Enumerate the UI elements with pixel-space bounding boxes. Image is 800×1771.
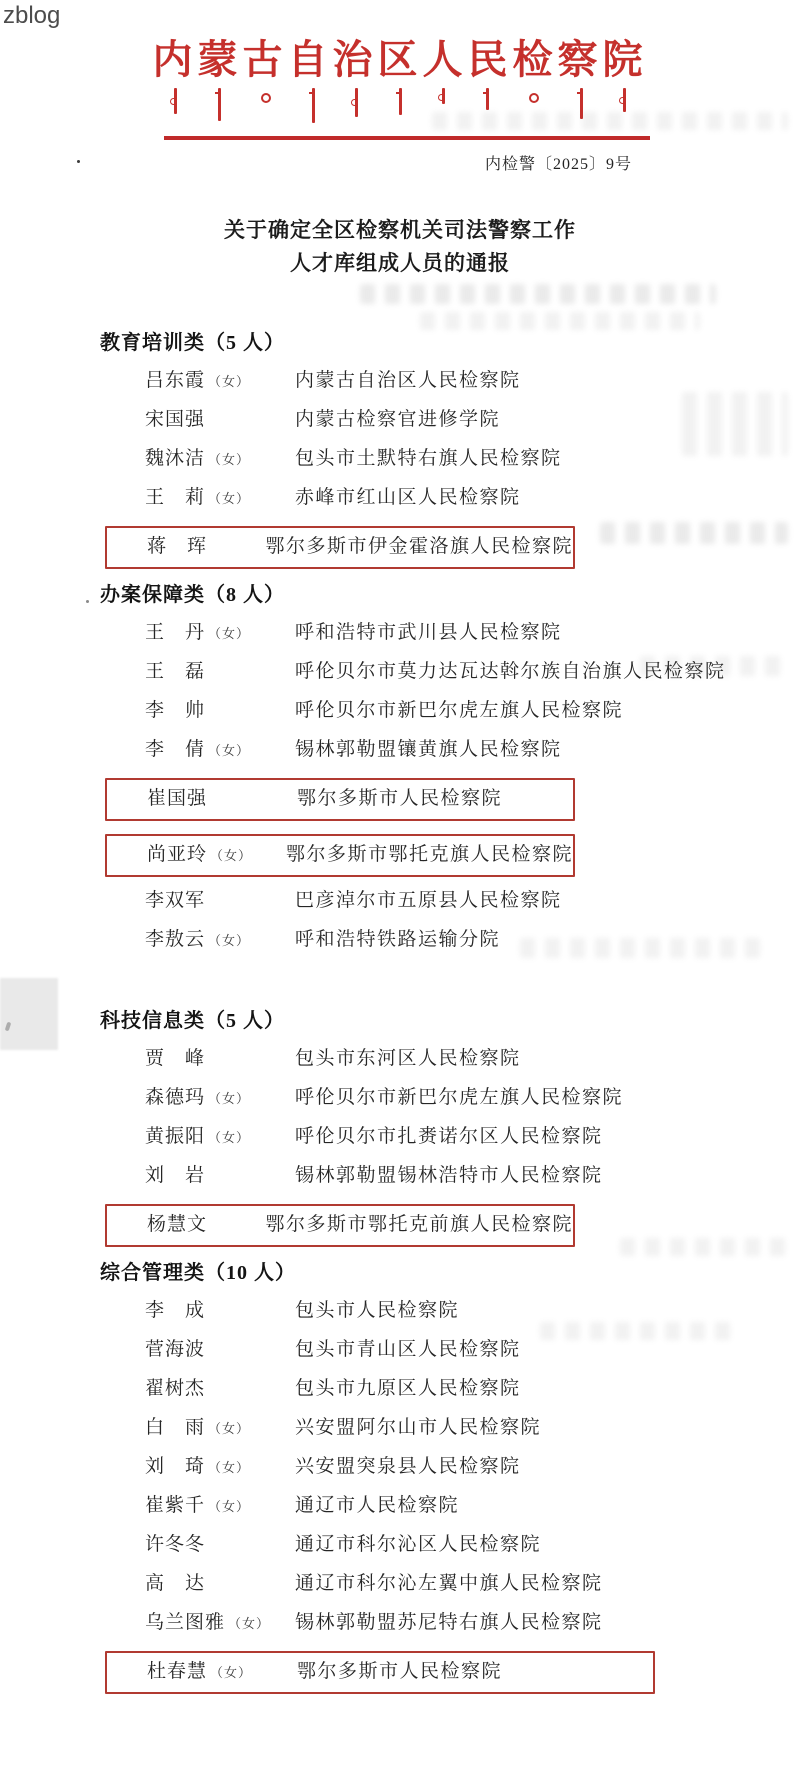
person-organization: 呼伦贝尔市新巴尔虎左旗人民检察院 [295,1087,623,1109]
gender-marker [205,1577,208,1592]
personnel-row: 王 丹（女） 呼和浩特市武川县人民检察院 [145,622,800,645]
section-heading: 综合管理类（10 人） [100,1260,800,1286]
person-organization: 呼伦贝尔市莫力达瓦达斡尔族自治旗人民检察院 [295,661,726,683]
person-name: 魏沐洁 [145,448,205,469]
person-name: 高 达 [145,1573,205,1594]
personnel-list: 教育培训类（5 人） 吕东霞（女） 内蒙古自治区人民检察院 宋国强 内蒙古检察官… [0,330,800,1694]
mongolian-glyph [312,88,315,123]
name-cell: 李 帅 [145,700,295,723]
person-name: 森德玛 [145,1087,205,1108]
gender-marker: （女） [205,1499,250,1514]
name-cell: 蒋 珲 [147,536,265,559]
name-cell: 李敖云（女） [145,929,295,952]
category-section: 教育培训类（5 人） 吕东霞（女） 内蒙古自治区人民检察院 宋国强 内蒙古检察官… [100,330,800,569]
bleed-through-artifact [420,312,700,330]
personnel-row-highlighted: 蒋 珲 鄂尔多斯市伊金霍洛旗人民检察院 [105,526,575,569]
person-name: 翟树杰 [145,1378,205,1399]
section-heading: 科技信息类（5 人） [100,1008,800,1034]
person-name: 宋国强 [145,409,205,430]
document-title-line1: 关于确定全区检察机关司法警察工作 [224,218,576,242]
person-name: 李 倩 [145,739,205,760]
personnel-row: 白 雨（女） 兴安盟阿尔山市人民检察院 [145,1417,800,1440]
personnel-row: 刘 琦（女） 兴安盟突泉县人民检察院 [145,1456,800,1479]
gender-marker: （女） [207,848,252,863]
mongolian-glyph [580,88,583,119]
person-name: 菅海波 [145,1339,205,1360]
name-cell: 杜春慧（女） [147,1661,297,1684]
section-heading: 办案保障类（8 人） [100,582,800,608]
person-organization: 鄂尔多斯市人民检察院 [297,1661,502,1683]
personnel-row: 李敖云（女） 呼和浩特铁路运输分院 [145,929,800,952]
person-name: 崔紫千 [145,1495,205,1516]
person-organization: 赤峰市红山区人民检察院 [295,487,521,509]
gender-marker: （女） [205,626,250,641]
gender-marker [205,704,208,719]
gender-marker: （女） [207,1665,252,1680]
gender-marker: （女） [225,1616,270,1631]
gender-marker [207,1218,210,1233]
name-cell: 魏沐洁（女） [145,448,295,471]
name-cell: 宋国强 [145,409,295,432]
personnel-row: 乌兰图雅（女） 锡林郭勒盟苏尼特右旗人民检察院 [145,1612,800,1635]
category-section: 办案保障类（8 人） 王 丹（女） 呼和浩特市武川县人民检察院 王 磊 呼伦贝尔… [100,582,800,952]
person-name: 刘 琦 [145,1456,205,1477]
person-name: 李 帅 [145,700,205,721]
section-rows: 李 成 包头市人民检察院 菅海波 包头市青山区人民检察院 翟树杰 包头市九原区人… [100,1300,800,1694]
personnel-row: 王 磊 呼伦贝尔市莫力达瓦达斡尔族自治旗人民检察院 [145,661,800,684]
gender-marker: （女） [205,1130,250,1145]
personnel-row-highlighted: 杜春慧（女） 鄂尔多斯市人民检察院 [105,1651,655,1694]
person-organization: 包头市青山区人民检察院 [295,1339,521,1361]
personnel-row: 李双军 巴彦淖尔市五原县人民检察院 [145,890,800,913]
gender-marker [205,1169,208,1184]
personnel-row: 翟树杰 包头市九原区人民检察院 [145,1378,800,1401]
person-organization: 鄂尔多斯市鄂托克前旗人民检察院 [265,1214,573,1236]
personnel-row: 魏沐洁（女） 包头市土默特右旗人民检察院 [145,448,800,471]
person-organization: 包头市土默特右旗人民检察院 [295,448,562,470]
name-cell: 王 丹（女） [145,622,295,645]
person-name: 李 成 [145,1300,205,1321]
name-cell: 李双军 [145,890,295,913]
name-cell: 王 莉（女） [145,487,295,510]
person-organization: 兴安盟突泉县人民检察院 [295,1456,521,1478]
person-name: 王 莉 [145,487,205,508]
person-organization: 包头市东河区人民检察院 [295,1048,521,1070]
personnel-row: 黄振阳（女） 呼伦贝尔市扎赉诺尔区人民检察院 [145,1126,800,1149]
person-name: 乌兰图雅 [145,1612,225,1633]
person-organization: 兴安盟阿尔山市人民检察院 [295,1417,541,1439]
personnel-row: 宋国强 内蒙古检察官进修学院 [145,409,800,432]
gender-marker [205,1538,208,1553]
person-name: 李敖云 [145,929,205,950]
personnel-row: 王 莉（女） 赤峰市红山区人民检察院 [145,487,800,510]
gender-marker [205,894,208,909]
person-name: 杜春慧 [147,1661,207,1682]
letterhead-divider [164,136,650,140]
person-name: 蒋 珲 [147,536,207,557]
person-organization: 内蒙古自治区人民检察院 [295,370,521,392]
gender-marker: （女） [205,452,250,467]
gender-marker: （女） [205,491,250,506]
mongolian-glyph [486,88,489,110]
name-cell: 乌兰图雅（女） [145,1612,295,1635]
name-cell: 崔国强 [147,788,297,811]
personnel-row: 高 达 通辽市科尔沁左翼中旗人民检察院 [145,1573,800,1596]
mongolian-glyph [442,88,445,104]
mongolian-glyph [529,93,539,103]
personnel-row: 森德玛（女） 呼伦贝尔市新巴尔虎左旗人民检察院 [145,1087,800,1110]
document-title-line2: 人才库组成人员的通报 [290,251,510,275]
mongolian-glyph [174,88,177,114]
name-cell: 白 雨（女） [145,1417,295,1440]
person-name: 刘 岩 [145,1165,205,1186]
gender-marker: （女） [205,1091,250,1106]
name-cell: 崔紫千（女） [145,1495,295,1518]
mongolian-glyph [399,88,402,115]
person-organization: 内蒙古检察官进修学院 [295,409,500,431]
person-organization: 锡林郭勒盟苏尼特右旗人民检察院 [295,1612,603,1634]
gender-marker [205,1343,208,1358]
personnel-row: 刘 岩 锡林郭勒盟锡林浩特市人民检察院 [145,1165,800,1188]
gender-marker: （女） [205,374,250,389]
section-rows: 贾 峰 包头市东河区人民检察院 森德玛（女） 呼伦贝尔市新巴尔虎左旗人民检察院 … [100,1048,800,1247]
section-rows: 吕东霞（女） 内蒙古自治区人民检察院 宋国强 内蒙古检察官进修学院 魏沐洁（女）… [100,370,800,569]
person-organization: 锡林郭勒盟锡林浩特市人民检察院 [295,1165,603,1187]
person-organization: 鄂尔多斯市伊金霍洛旗人民检察院 [265,536,573,558]
section-heading: 教育培训类（5 人） [100,330,800,356]
person-organization: 呼和浩特铁路运输分院 [295,929,500,951]
personnel-row-highlighted: 杨慧文 鄂尔多斯市鄂托克前旗人民检察院 [105,1204,575,1247]
person-name: 杨慧文 [147,1214,207,1235]
person-name: 李双军 [145,890,205,911]
document-title: 关于确定全区检察机关司法警察工作 人才库组成人员的通报 [0,214,800,280]
gender-marker [205,1304,208,1319]
person-organization: 鄂尔多斯市鄂托克旗人民检察院 [286,844,573,866]
mongolian-glyph [623,88,626,112]
letterhead-org-name: 内蒙古自治区人民检察院 [0,36,800,84]
person-name: 吕东霞 [145,370,205,391]
personnel-row: 崔紫千（女） 通辽市人民检察院 [145,1495,800,1518]
name-cell: 王 磊 [145,661,295,684]
name-cell: 高 达 [145,1573,295,1596]
gender-marker [205,665,208,680]
person-organization: 呼伦贝尔市扎赉诺尔区人民检察院 [295,1126,603,1148]
document-number: 内检警〔2025〕9号 [0,154,800,176]
name-cell: 李 成 [145,1300,295,1323]
person-organization: 呼和浩特市武川县人民检察院 [295,622,562,644]
person-organization: 包头市人民检察院 [295,1300,459,1322]
name-cell: 李 倩（女） [145,739,295,762]
personnel-row: 贾 峰 包头市东河区人民检察院 [145,1048,800,1071]
person-organization: 呼伦贝尔市新巴尔虎左旗人民检察院 [295,700,623,722]
name-cell: 杨慧文 [147,1214,265,1237]
person-organization: 巴彦淖尔市五原县人民检察院 [295,890,562,912]
site-logo[interactable]: zblog [3,2,60,30]
name-cell: 刘 岩 [145,1165,295,1188]
name-cell: 贾 峰 [145,1048,295,1071]
gender-marker: （女） [205,743,250,758]
name-cell: 尚亚玲（女） [147,844,286,867]
gender-marker: （女） [205,933,250,948]
person-name: 许冬冬 [145,1534,205,1555]
person-organization: 通辽市科尔沁左翼中旗人民检察院 [295,1573,603,1595]
person-organization: 通辽市人民检察院 [295,1495,459,1517]
gender-marker [207,792,210,807]
personnel-row: 李 成 包头市人民检察院 [145,1300,800,1323]
personnel-row: 许冬冬 通辽市科尔沁区人民检察院 [145,1534,800,1557]
mongolian-script-icon [174,86,626,126]
person-organization: 包头市九原区人民检察院 [295,1378,521,1400]
person-name: 王 磊 [145,661,205,682]
mongolian-glyph [218,88,221,121]
name-cell: 吕东霞（女） [145,370,295,393]
scanned-document-page: zblog 内蒙古自治区人民检察院 内检警〔2025〕9号 关于确定全区检察机关… [0,0,800,1771]
person-name: 崔国强 [147,788,207,809]
category-section: 综合管理类（10 人） 李 成 包头市人民检察院 菅海波 包头市青山区人民检察院… [100,1260,800,1694]
section-rows: 王 丹（女） 呼和浩特市武川县人民检察院 王 磊 呼伦贝尔市莫力达瓦达斡尔族自治… [100,622,800,952]
gender-marker: （女） [205,1460,250,1475]
person-name: 黄振阳 [145,1126,205,1147]
gender-marker [205,413,208,428]
name-cell: 黄振阳（女） [145,1126,295,1149]
personnel-row-highlighted: 崔国强 鄂尔多斯市人民检察院 [105,778,575,821]
gender-marker [207,540,210,555]
gender-marker [205,1382,208,1397]
name-cell: 许冬冬 [145,1534,295,1557]
mongolian-glyph [261,93,271,103]
person-name: 王 丹 [145,622,205,643]
personnel-row: 吕东霞（女） 内蒙古自治区人民检察院 [145,370,800,393]
person-name: 尚亚玲 [147,844,207,865]
bleed-through-artifact [360,284,716,304]
name-cell: 森德玛（女） [145,1087,295,1110]
name-cell: 菅海波 [145,1339,295,1362]
personnel-row-highlighted: 尚亚玲（女） 鄂尔多斯市鄂托克旗人民检察院 [105,834,575,877]
gender-marker: （女） [205,1421,250,1436]
person-organization: 通辽市科尔沁区人民检察院 [295,1534,541,1556]
person-name: 白 雨 [145,1417,205,1438]
person-organization: 鄂尔多斯市人民检察院 [297,788,502,810]
name-cell: 刘 琦（女） [145,1456,295,1479]
personnel-row: 李 倩（女） 锡林郭勒盟镶黄旗人民检察院 [145,739,800,762]
gender-marker [205,1052,208,1067]
name-cell: 翟树杰 [145,1378,295,1401]
mongolian-glyph [355,88,358,117]
person-name: 贾 峰 [145,1048,205,1069]
person-organization: 锡林郭勒盟镶黄旗人民检察院 [295,739,562,761]
letterhead: 内蒙古自治区人民检察院 内检警〔2025〕9号 [0,0,800,176]
personnel-row: 菅海波 包头市青山区人民检察院 [145,1339,800,1362]
category-section: 科技信息类（5 人） 贾 峰 包头市东河区人民检察院 森德玛（女） 呼伦贝尔市新… [100,1008,800,1247]
personnel-row: 李 帅 呼伦贝尔市新巴尔虎左旗人民检察院 [145,700,800,723]
